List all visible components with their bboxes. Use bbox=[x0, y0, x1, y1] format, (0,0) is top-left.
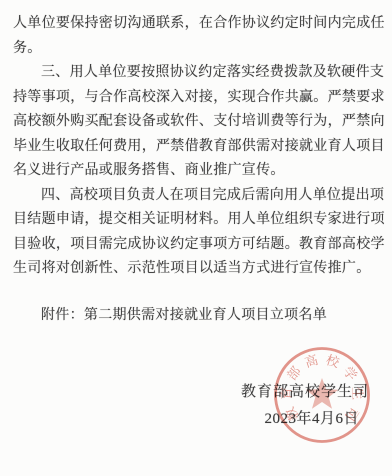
body-line: 三、用人单位要按照协议约定落实经费拨款及软硬件支 bbox=[13, 61, 387, 86]
body-line: 务。 bbox=[13, 37, 387, 62]
body-line: 目结题申请，提交相关证明材料。用人单位组织专家进行项 bbox=[13, 208, 387, 233]
body-line: 持等事项，与合作高校深入对接，实现合作共赢。严禁要求 bbox=[13, 86, 387, 111]
seal-character: 生 bbox=[350, 387, 366, 401]
body-line: 人单位要保持密切沟通联系，在合作协议约定时间内完成任 bbox=[13, 12, 387, 37]
seal-character: 高 bbox=[303, 352, 320, 370]
body-line: 生司将对创新性、示范性项目以适当方式进行宣传推广。 bbox=[13, 257, 387, 282]
seal-character: 校 bbox=[324, 352, 342, 371]
body-line: 毕业生收取任何费用，严禁借教育部供需对接就业育人项目 bbox=[13, 135, 387, 160]
body-line: 高校额外购买配套设备或软件、支付培训费等行为，严禁向 bbox=[13, 110, 387, 135]
body-line: 四、高校项目负责人在项目完成后需向用人单位提出项 bbox=[13, 184, 387, 209]
seal-star-icon bbox=[306, 378, 338, 409]
scanned-document-page: 人单位要保持密切沟通联系，在合作协议约定时间内完成任 务。 三、用人单位要按照协… bbox=[0, 0, 392, 476]
attachment-line: 附件：第二期供需对接就业育人项目立项名单 bbox=[13, 304, 387, 329]
body-line: 名义进行产品或服务搭售、商业推广宣传。 bbox=[13, 159, 387, 184]
seal-character: 教 bbox=[282, 405, 302, 424]
body-line: 目验收，项目需完成协议约定事项方可结题。教育部高校学 bbox=[13, 233, 387, 258]
seal-character: 育 bbox=[279, 387, 295, 401]
document-body: 人单位要保持密切沟通联系，在合作协议约定时间内完成任 务。 三、用人单位要按照协… bbox=[13, 12, 387, 328]
official-seal-stamp: 教 育 部 高 校 学 生 司 bbox=[262, 335, 382, 455]
seal-character: 司 bbox=[342, 405, 362, 424]
